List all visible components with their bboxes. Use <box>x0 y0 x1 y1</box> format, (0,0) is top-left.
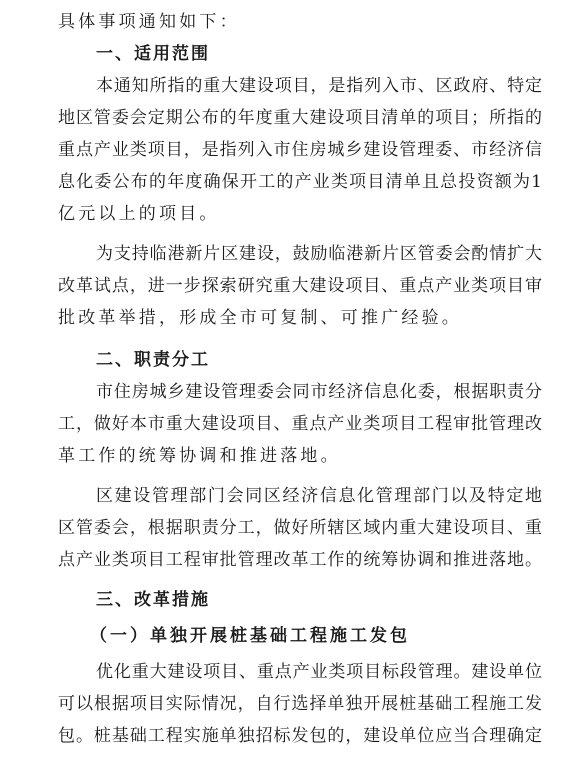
section-heading-scope: 一、适用范围 <box>96 38 542 70</box>
paragraph-line: 市住房城乡建设管理委会同市经济信息化委，根据职责分 <box>96 376 542 408</box>
paragraph-line: 本通知所指的重大建设项目，是指列入市、区政府、特定 <box>96 70 542 102</box>
intro-line: 具体事项通知如下： <box>58 6 542 38</box>
paragraph-line: 为支持临港新片区建设，鼓励临港新片区管委会酌情扩大 <box>96 238 542 270</box>
paragraph-line: 包。桩基础工程实施单独招标发包的，建设单位应当合理确定 <box>58 720 542 752</box>
paragraph-line: 点产业类项目工程审批管理改革工作的统筹协调和推进落地。 <box>58 544 542 576</box>
paragraph-line: 亿元以上的项目。 <box>58 198 542 230</box>
paragraph-line: 批改革举措，形成全市可复制、可推广经验。 <box>58 302 542 334</box>
paragraph-line: 息化委公布的年度确保开工的产业类项目清单且总投资额为1 <box>58 166 542 198</box>
paragraph-line: 革工作的统筹协调和推进落地。 <box>58 440 542 472</box>
paragraph-line: 区管委会，根据职责分工，做好所辖区域内重大建设项目、重 <box>58 512 542 544</box>
paragraph-line: 可以根据项目实际情况，自行选择单独开展桩基础工程施工发 <box>58 688 542 720</box>
paragraph-line: 优化重大建设项目、重点产业类项目标段管理。建设单位 <box>96 656 542 688</box>
section-heading-reform-measures: 三、改革措施 <box>96 584 542 616</box>
paragraph-line: 地区管委会定期公布的年度重大建设项目清单的项目；所指的 <box>58 102 542 134</box>
paragraph-line: 改革试点，进一步探索研究重大建设项目、重点产业类项目审 <box>58 270 542 302</box>
section-heading-responsibilities: 二、职责分工 <box>96 344 542 376</box>
paragraph-line: 工，做好本市重大建设项目、重点产业类项目工程审批管理改 <box>58 408 542 440</box>
paragraph-line: 重点产业类项目，是指列入市住房城乡建设管理委、市经济信 <box>58 134 542 166</box>
subsection-heading-pile-foundation: （一）单独开展桩基础工程施工发包 <box>90 620 536 652</box>
document-page: 具体事项通知如下： 一、适用范围 本通知所指的重大建设项目，是指列入市、区政府、… <box>0 0 573 762</box>
paragraph-line: 区建设管理部门会同区经济信息化管理部门以及特定地 <box>96 480 542 512</box>
